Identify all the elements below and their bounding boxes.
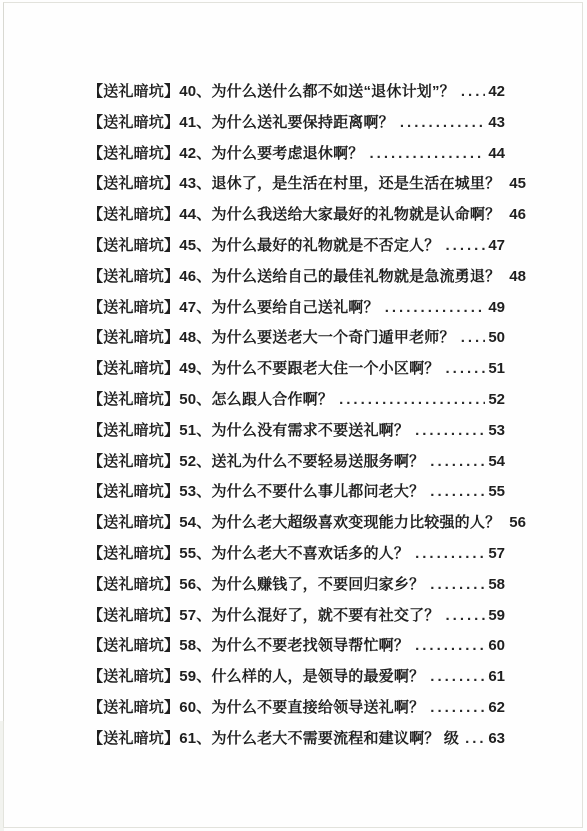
toc-entry: 【送礼暗坑】45、为什么最好的礼物就是不否定人？ ...............… — [88, 231, 505, 262]
dot-leader: ........................................… — [415, 416, 485, 447]
page-number: 48 — [509, 262, 526, 293]
toc-entry-text: 【送礼暗坑】45、为什么最好的礼物就是不否定人？ — [88, 231, 440, 262]
page-number: 62 — [488, 693, 505, 724]
toc-entry: 【送礼暗坑】50、怎么跟人合作啊？ ......................… — [88, 385, 505, 416]
toc-entry: 【送礼暗坑】44、为什么我送给大家最好的礼物就是认命啊？ ...........… — [88, 200, 505, 231]
toc-entry-text: 【送礼暗坑】61、为什么老大不需要流程和建议啊？ 级 — [88, 724, 459, 755]
toc-entry: 【送礼暗坑】60、为什么不要直接给领导送礼啊？ ................… — [88, 693, 505, 724]
toc-entry-text: 【送礼暗坑】42、为什么要考虑退休啊？ — [88, 139, 364, 170]
dot-leader: ........................................… — [461, 77, 485, 108]
toc-entry: 【送礼暗坑】53、为什么不要什么事儿都问老大？ ................… — [88, 477, 505, 508]
toc-entry-text: 【送礼暗坑】57、为什么混好了，就不要有社交了？ — [88, 601, 440, 632]
page-number: 59 — [488, 601, 505, 632]
toc-entry-text: 【送礼暗坑】52、送礼为什么不要轻易送服务啊？ — [88, 447, 424, 478]
dot-leader: ........................................… — [446, 231, 486, 262]
page-number: 55 — [488, 477, 505, 508]
toc-entry-text: 【送礼暗坑】58、为什么不要老找领导帮忙啊？ — [88, 631, 409, 662]
dot-leader: ........................................… — [430, 662, 485, 693]
page-number: 51 — [488, 354, 505, 385]
scan-edge-shadow — [0, 721, 4, 831]
dot-leader: ........................................… — [430, 477, 485, 508]
document-page: 【送礼暗坑】40、为什么送什么都不如送“退休计划”？ .............… — [0, 0, 587, 831]
dot-leader: ........................................… — [339, 385, 485, 416]
page-number: 53 — [488, 416, 505, 447]
toc-entry-text: 【送礼暗坑】46、为什么送给自己的最佳礼物就是急流勇退？ — [88, 262, 500, 293]
page-number: 50 — [488, 323, 505, 354]
toc-entry-text: 【送礼暗坑】55、为什么老大不喜欢话多的人？ — [88, 539, 409, 570]
toc-entry-text: 【送礼暗坑】53、为什么不要什么事儿都问老大？ — [88, 477, 424, 508]
toc-entry: 【送礼暗坑】52、送礼为什么不要轻易送服务啊？ ................… — [88, 447, 505, 478]
toc-entry-text: 【送礼暗坑】43、退休了，是生活在村里，还是生活在城里？ — [88, 169, 500, 200]
toc-entry-text: 【送礼暗坑】49、为什么不要跟老大住一个小区啊？ — [88, 354, 440, 385]
dot-leader: ........................................… — [446, 601, 486, 632]
page-number: 42 — [488, 77, 505, 108]
dot-leader: ........................................… — [415, 631, 485, 662]
toc-entry: 【送礼暗坑】58、为什么不要老找领导帮忙啊？ .................… — [88, 631, 505, 662]
page-number: 60 — [488, 631, 505, 662]
page-number: 57 — [488, 539, 505, 570]
toc-entry-text: 【送礼暗坑】47、为什么要给自己送礼啊？ — [88, 293, 379, 324]
page-number: 49 — [488, 293, 505, 324]
toc-entry-text: 【送礼暗坑】54、为什么老大超级喜欢变现能力比较强的人？ — [88, 508, 500, 539]
page-number: 63 — [488, 724, 505, 755]
dot-leader: ........................................… — [400, 108, 485, 139]
toc-entry-text: 【送礼暗坑】59、什么样的人，是领导的最爱啊？ — [88, 662, 424, 693]
dot-leader: ........................................… — [465, 724, 485, 755]
toc-entry: 【送礼暗坑】57、为什么混好了，就不要有社交了？ ...............… — [88, 601, 505, 632]
toc-entry: 【送礼暗坑】40、为什么送什么都不如送“退休计划”？ .............… — [88, 77, 505, 108]
toc-entry: 【送礼暗坑】42、为什么要考虑退休啊？ ....................… — [88, 139, 505, 170]
page-number: 44 — [488, 139, 505, 170]
dot-leader: ........................................… — [430, 570, 485, 601]
toc-entry: 【送礼暗坑】59、什么样的人，是领导的最爱啊？ ................… — [88, 662, 505, 693]
dot-leader: ........................................… — [415, 539, 485, 570]
page-number: 47 — [488, 231, 505, 262]
dot-leader: ........................................… — [461, 323, 486, 354]
toc-entry-text: 【送礼暗坑】40、为什么送什么都不如送“退休计划”？ — [88, 77, 455, 108]
toc-entry-text: 【送礼暗坑】44、为什么我送给大家最好的礼物就是认命啊？ — [88, 200, 500, 231]
page-number: 54 — [488, 447, 505, 478]
dot-leader: ........................................… — [430, 447, 485, 478]
toc-list: 【送礼暗坑】40、为什么送什么都不如送“退休计划”？ .............… — [88, 77, 505, 755]
toc-entry: 【送礼暗坑】41、为什么送礼要保持距离啊？ ..................… — [88, 108, 505, 139]
toc-entry: 【送礼暗坑】47、为什么要给自己送礼啊？ ...................… — [88, 293, 505, 324]
dot-leader: ........................................… — [385, 293, 486, 324]
toc-entry: 【送礼暗坑】56、为什么赚钱了，不要回归家乡？ ................… — [88, 570, 505, 601]
toc-entry: 【送礼暗坑】55、为什么老大不喜欢话多的人？ .................… — [88, 539, 505, 570]
toc-entry: 【送礼暗坑】43、退休了，是生活在村里，还是生活在城里？ ...........… — [88, 169, 505, 200]
toc-entry-text: 【送礼暗坑】41、为什么送礼要保持距离啊？ — [88, 108, 394, 139]
dot-leader: ........................................… — [430, 693, 485, 724]
page-number: 58 — [488, 570, 505, 601]
toc-entry: 【送礼暗坑】46、为什么送给自己的最佳礼物就是急流勇退？ ...........… — [88, 262, 505, 293]
dot-leader: ........................................… — [370, 139, 486, 170]
dot-leader: ........................................… — [446, 354, 486, 385]
page-number: 46 — [509, 200, 526, 231]
toc-entry-text: 【送礼暗坑】48、为什么要送老大一个奇门遁甲老师？ — [88, 323, 455, 354]
toc-entry: 【送礼暗坑】49、为什么不要跟老大住一个小区啊？ ...............… — [88, 354, 505, 385]
page-number: 52 — [488, 385, 505, 416]
toc-entry-text: 【送礼暗坑】56、为什么赚钱了，不要回归家乡？ — [88, 570, 424, 601]
page-number: 56 — [509, 508, 526, 539]
toc-entry: 【送礼暗坑】48、为什么要送老大一个奇门遁甲老师？ ..............… — [88, 323, 505, 354]
toc-entry-text: 【送礼暗坑】50、怎么跟人合作啊？ — [88, 385, 333, 416]
page-number: 43 — [488, 108, 505, 139]
page-number: 45 — [509, 169, 526, 200]
toc-entry: 【送礼暗坑】61、为什么老大不需要流程和建议啊？ 级 .............… — [88, 724, 505, 755]
toc-entry: 【送礼暗坑】54、为什么老大超级喜欢变现能力比较强的人？ ...........… — [88, 508, 505, 539]
toc-entry-text: 【送礼暗坑】60、为什么不要直接给领导送礼啊？ — [88, 693, 424, 724]
toc-entry: 【送礼暗坑】51、为什么没有需求不要送礼啊？ .................… — [88, 416, 505, 447]
page-number: 61 — [488, 662, 505, 693]
toc-entry-text: 【送礼暗坑】51、为什么没有需求不要送礼啊？ — [88, 416, 409, 447]
